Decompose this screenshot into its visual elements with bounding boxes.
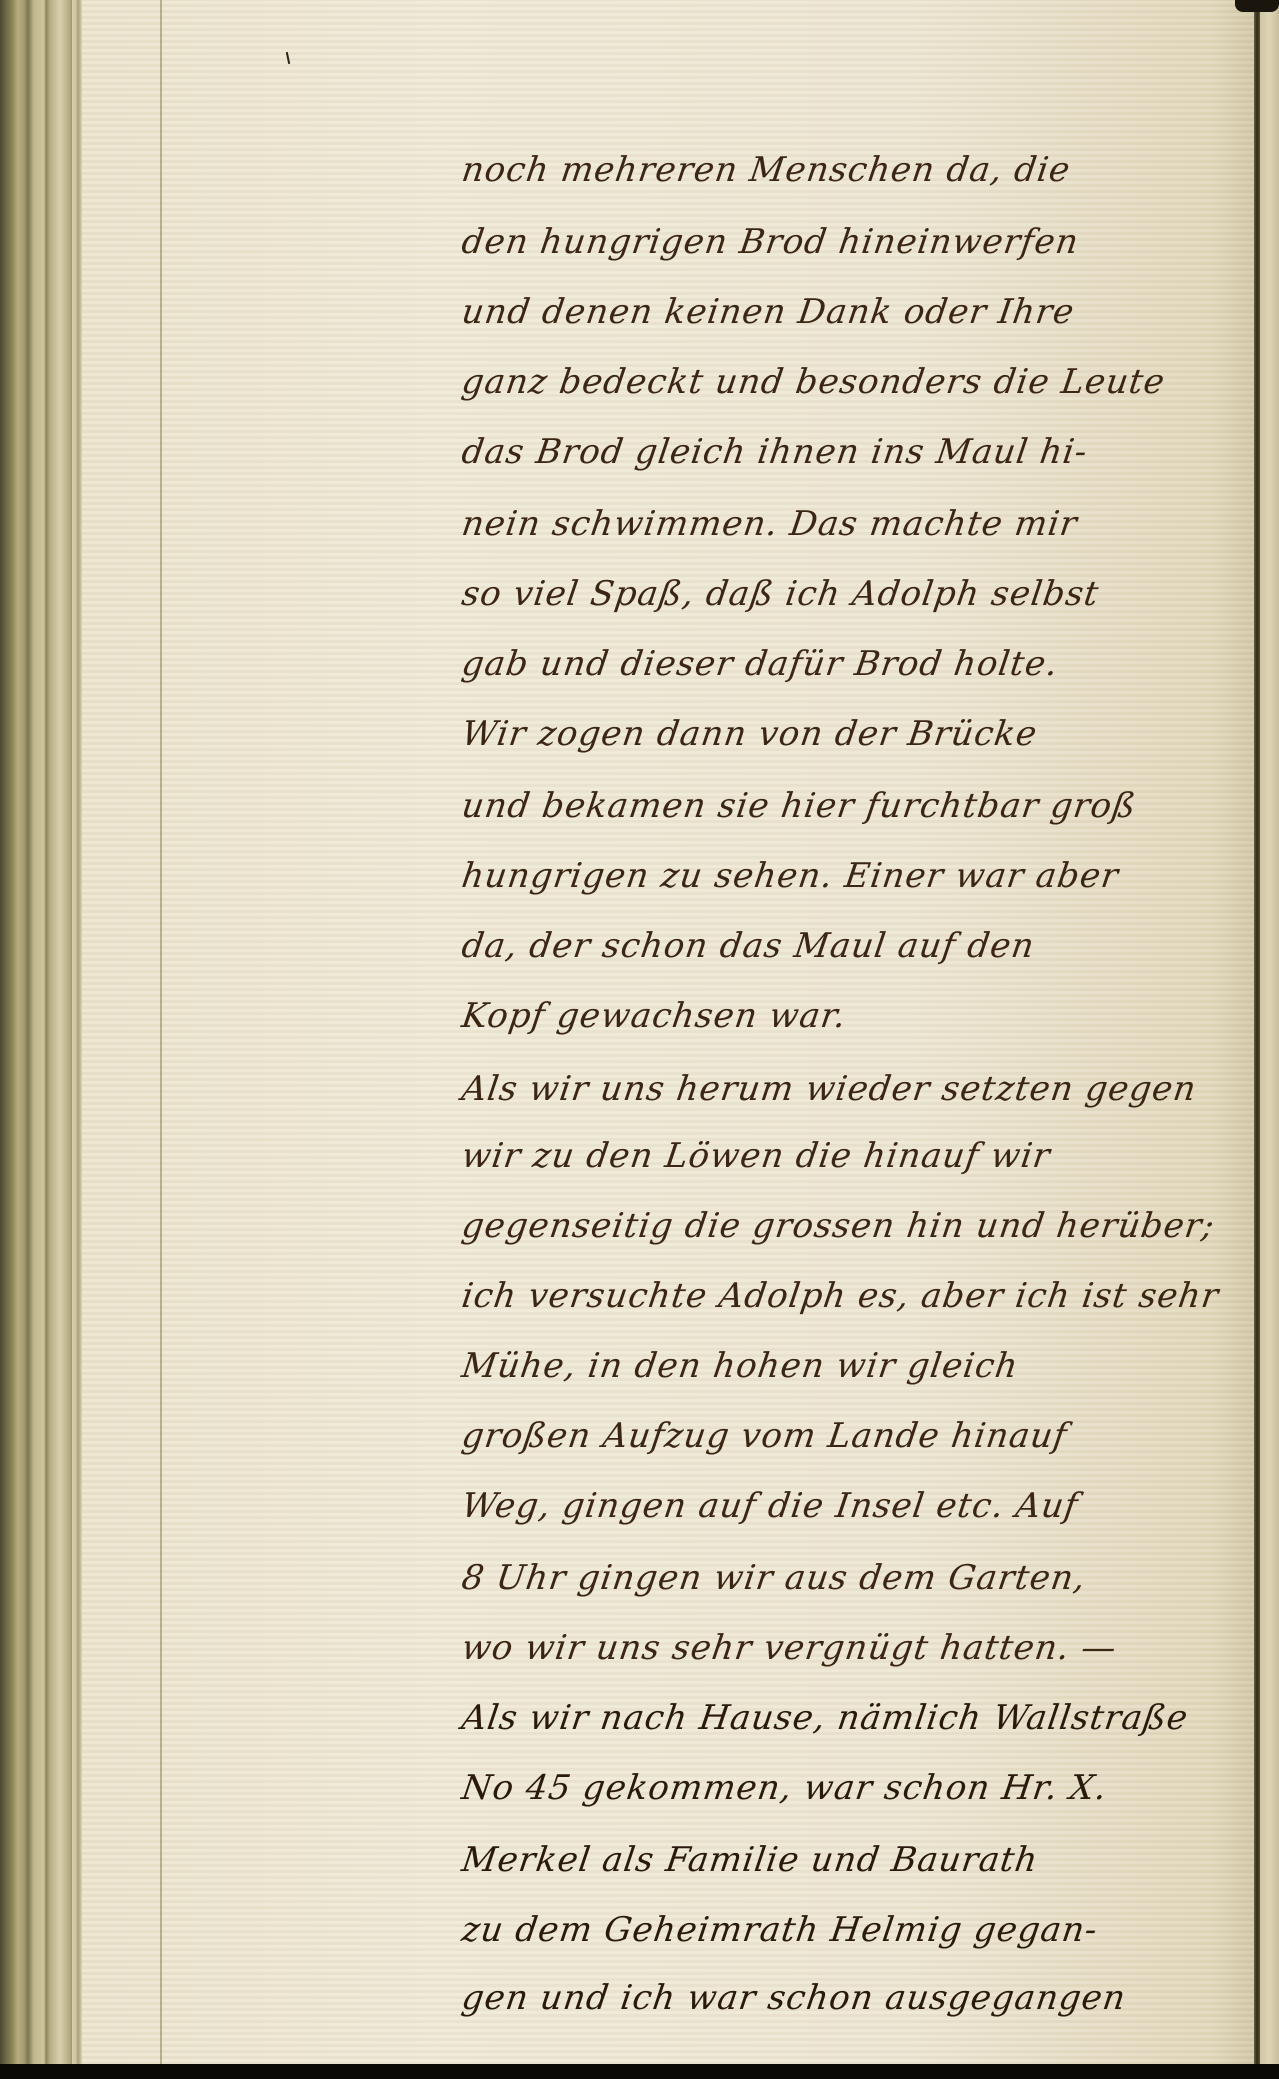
text-line: gegenseitig die grossen hin und herüber; <box>459 1206 1217 1246</box>
text-line: und bekamen sie hier furchtbar groß <box>459 786 1139 826</box>
book-spine <box>0 0 72 2068</box>
text-line: noch mehreren Menschen da, die <box>459 150 1073 190</box>
text-line: 8 Uhr gingen wir aus dem Garten, <box>459 1558 1088 1598</box>
text-line: Als wir nach Hause, nämlich Wallstraße <box>459 1698 1191 1738</box>
scan-corner-shadow <box>1235 0 1279 12</box>
text-line: No 45 gekommen, war schon Hr. X. <box>459 1768 1110 1808</box>
text-line: hungrigen zu sehen. Einer war aber <box>459 856 1121 896</box>
text-line: und denen keinen Dank oder Ihre <box>459 292 1077 332</box>
next-page-edge <box>1260 0 1279 2068</box>
text-line: Mühe, in den hohen wir gleich <box>459 1346 1021 1386</box>
text-line: wo wir uns sehr vergnügt hatten. — <box>459 1628 1119 1668</box>
scan-bottom-edge <box>0 2064 1279 2079</box>
text-line: Wir zogen dann von der Brücke <box>459 714 1040 754</box>
text-line: wir zu den Löwen die hinauf wir <box>459 1136 1053 1176</box>
text-line: so viel Spaß, daß ich Adolph selbst <box>459 574 1102 614</box>
text-line: Weg, gingen auf die Insel etc. Auf <box>459 1486 1081 1526</box>
text-line: Merkel als Familie und Baurath <box>459 1840 1041 1880</box>
text-line: Kopf gewachsen war. <box>459 996 849 1036</box>
text-line: Als wir uns herum wieder setzten gegen <box>459 1069 1199 1109</box>
text-line: ganz bedeckt und besonders die Leute <box>459 362 1168 402</box>
text-line: gab und dieser dafür Brod holte. <box>459 644 1061 684</box>
page-edge-stack <box>72 0 82 2068</box>
text-line: den hungrigen Brod hineinwerfen <box>459 222 1081 262</box>
text-line: zu dem Geheimrath Helmig gegan- <box>459 1910 1100 1950</box>
text-line: gen und ich war schon ausgegangen <box>459 1978 1128 2018</box>
text-line: ich versuchte Adolph es, aber ich ist se… <box>459 1276 1221 1316</box>
margin-fold-line <box>160 0 162 2068</box>
text-line: großen Aufzug vom Lande hinauf <box>459 1416 1070 1456</box>
ink-tick-mark <box>286 52 290 64</box>
text-line: da, der schon das Maul auf den <box>459 926 1037 966</box>
text-line: das Brod gleich ihnen ins Maul hi- <box>459 432 1090 472</box>
text-line: nein schwimmen. Das machte mir <box>459 504 1080 544</box>
